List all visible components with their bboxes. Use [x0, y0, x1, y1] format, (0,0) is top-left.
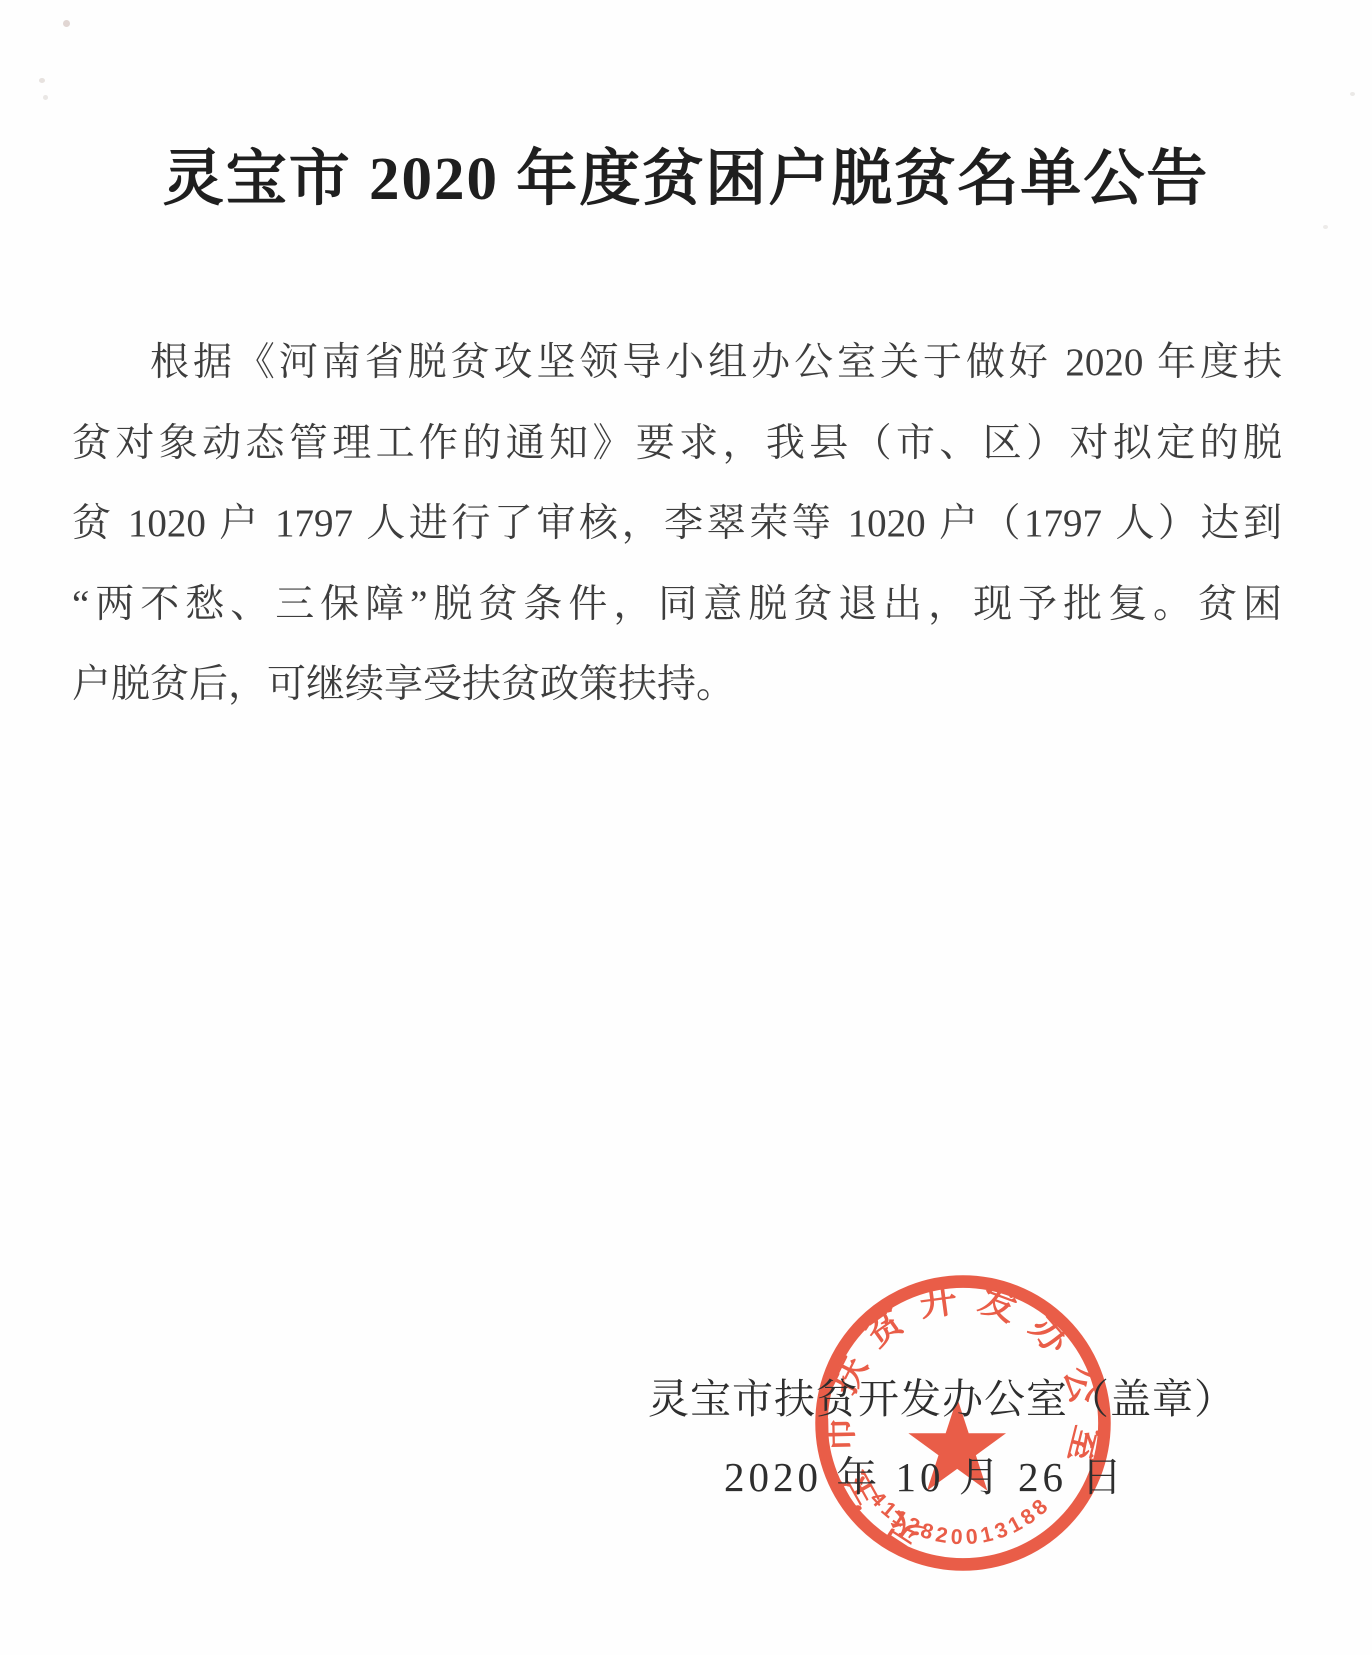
body-line: 根据《河南省脱贫攻坚领导小组办公室关于做好 2020 年度扶: [72, 323, 1282, 404]
document-page: 灵宝市 2020 年度贫困户脱贫名单公告 根据《河南省脱贫攻坚领导小组办公室关于…: [0, 0, 1372, 1655]
signature-org: 灵宝市扶贫开发办公室（盖章）: [648, 1366, 1236, 1425]
body-line: 贫 1020 户 1797 人进行了审核，李翠荣等 1020 户（1797 人）…: [72, 484, 1282, 565]
scan-artifact: [1350, 92, 1355, 96]
body-line: “两不愁、三保障”脱贫条件，同意脱贫退出，现予批复。贫困: [72, 565, 1282, 646]
body-line: 贫对象动态管理工作的通知》要求，我县（市、区）对拟定的脱: [72, 404, 1282, 485]
scan-artifact: [63, 20, 70, 27]
scan-artifact: [39, 78, 45, 83]
signature-date: 2020 年 10 月 26 日: [724, 1444, 1126, 1503]
scan-artifact: [1323, 225, 1328, 229]
document-title: 灵宝市 2020 年度贫困户脱贫名单公告: [0, 146, 1372, 213]
document-body: 根据《河南省脱贫攻坚领导小组办公室关于做好 2020 年度扶 贫对象动态管理工作…: [72, 323, 1282, 726]
body-line: 户脱贫后，可继续享受扶贫政策扶持。: [72, 645, 1282, 726]
scan-artifact: [43, 95, 48, 100]
